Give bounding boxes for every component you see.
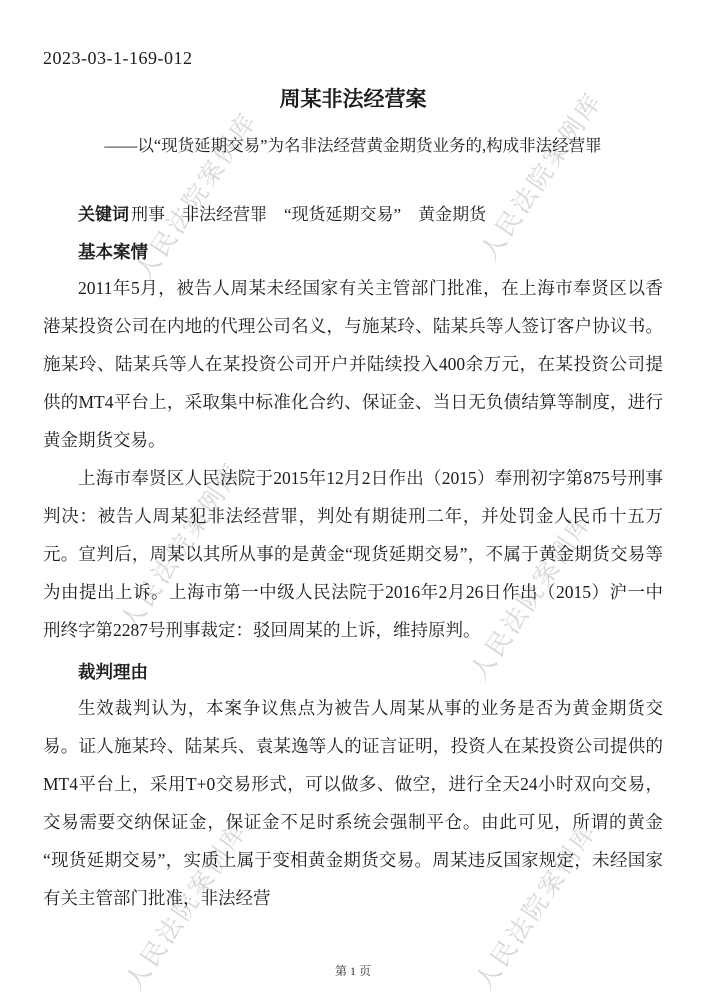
paragraph-basic-facts-2: 上海市奉贤区人民法院于2015年12月2日作出（2015）奉刑初字第875号刑事… <box>43 459 663 649</box>
document-page: 人民法院案例库人民法院案例库人民法院案例库人民法院案例库人民法院案例库人民法院案… <box>0 0 706 999</box>
keywords-text: 刑事 非法经营罪 “现货延期交易” 黄金期货 <box>131 205 486 224</box>
page-number-footer: 第 1 页 <box>0 962 706 979</box>
case-title: 周某非法经营案 <box>43 86 663 114</box>
document-number: 2023-03-1-169-012 <box>43 46 663 70</box>
paragraph-basic-facts-1: 2011年5月，被告人周某未经国家有关主管部门批准，在上海市奉贤区以香港某投资公… <box>43 269 663 459</box>
section-heading-basic-facts: 基本案情 <box>43 235 663 269</box>
section-heading-judgment-reasons: 裁判理由 <box>43 655 663 689</box>
case-subtitle: ——以“现货延期交易”为名非法经营黄金期货业务的,构成非法经营罪 <box>60 124 646 167</box>
keywords-line: 关键词刑事 非法经营罪 “现货延期交易” 黄金期货 <box>43 201 663 229</box>
paragraph-judgment-reasons-1: 生效裁判认为，本案争议焦点为被告人周某从事的业务是否为黄金期货交易。证人施某玲、… <box>43 689 663 917</box>
document-content: 2023-03-1-169-012 周某非法经营案 ——以“现货延期交易”为名非… <box>0 0 706 917</box>
keywords-label: 关键词 <box>78 205 129 224</box>
